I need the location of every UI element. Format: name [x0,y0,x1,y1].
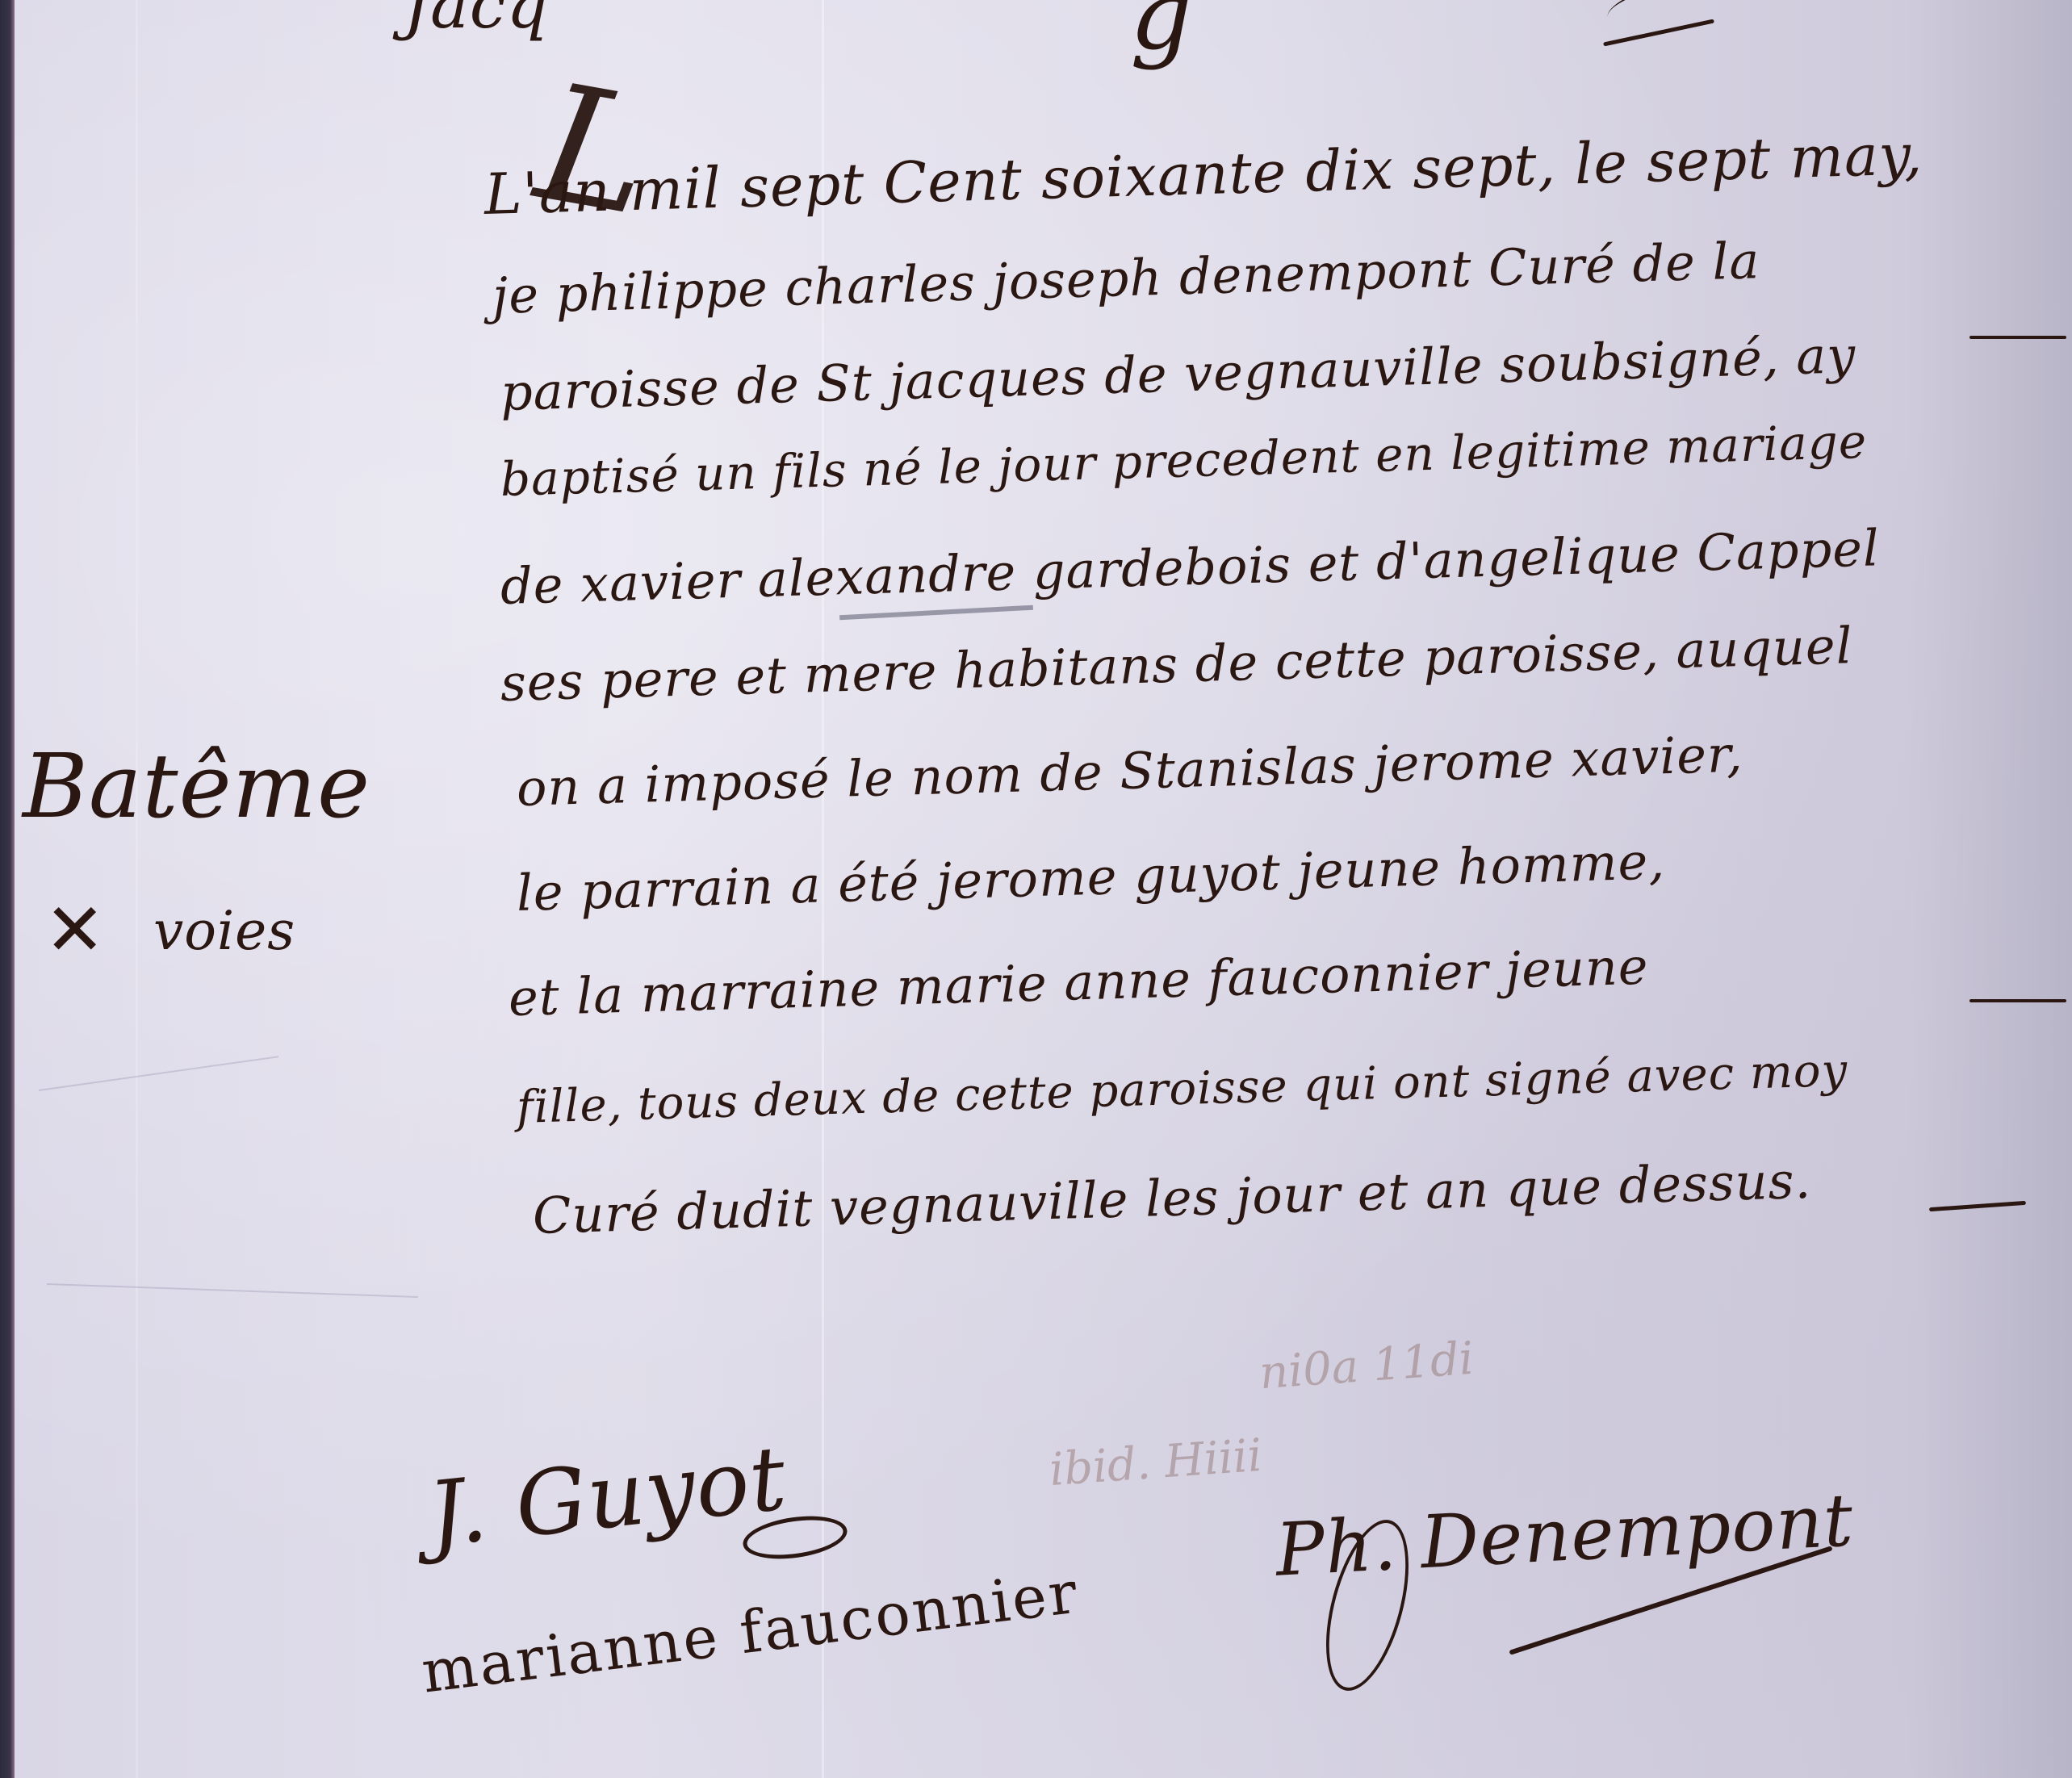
previous-entry-flourish: g [1130,0,1193,72]
line-end-dash [1969,336,2066,339]
paper-crease [39,1056,278,1091]
margin-subtitle-voies: voies [153,900,295,962]
margin-title-bateme: Batême [23,734,370,838]
cross-icon: ✕ [44,888,106,973]
paper-crease [47,1283,418,1298]
line-end-dash [1969,999,2066,1002]
page-binding-edge [0,0,15,1778]
previous-entry-fragment: Jacq [404,0,549,43]
paper-fold-line [136,0,138,1778]
